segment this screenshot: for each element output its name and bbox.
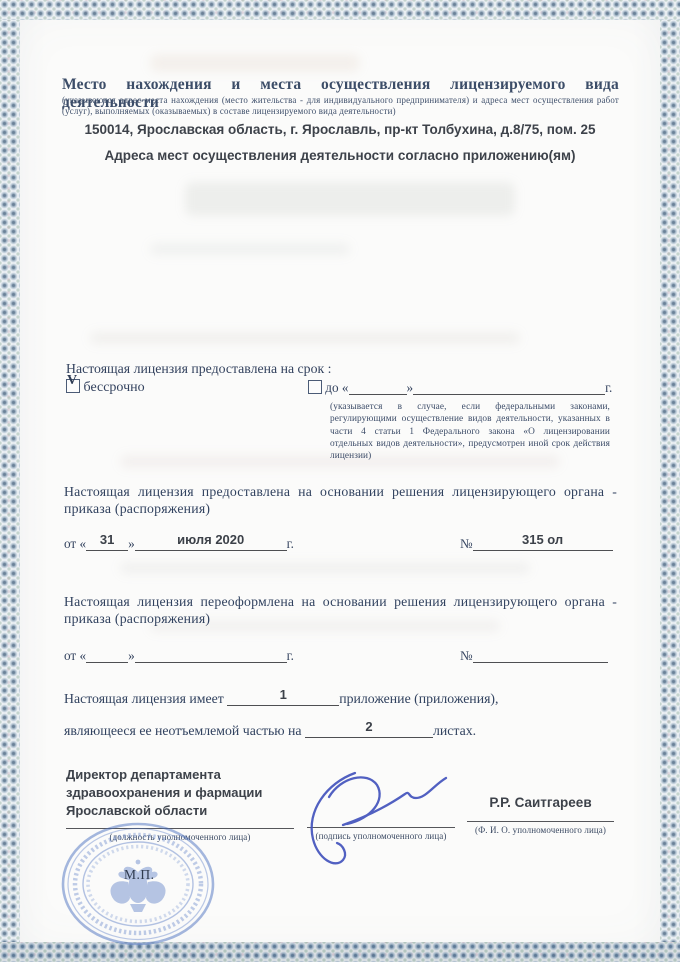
sheets-count-value: 2	[305, 719, 433, 734]
bleedthrough-smudge	[90, 332, 520, 344]
annex-count-row: Настоящая лицензия имеет 1приложение (пр…	[64, 690, 498, 707]
guilloche-border-top	[0, 0, 680, 20]
perpetual-term-option: V бессрочно	[66, 379, 145, 396]
round-stamp-icon	[58, 820, 218, 948]
bleedthrough-smudge	[185, 182, 515, 216]
signer-position-line: Ярославской области	[66, 802, 294, 820]
granted-monthyear-value: июля 2020	[135, 532, 287, 547]
until-suffix: г.	[605, 380, 612, 395]
term-section-label: Настоящая лицензия предоставлена на срок…	[66, 361, 331, 377]
signer-position-line: здравоохранения и фармации	[66, 784, 294, 802]
bleedthrough-smudge	[150, 54, 360, 72]
bleedthrough-smudge	[150, 243, 350, 255]
reissued-day-field[interactable]	[86, 647, 128, 663]
year-suffix: г.	[287, 536, 294, 551]
granted-number-value: 315 ол	[473, 532, 613, 547]
granted-monthyear-field[interactable]: июля 2020	[135, 535, 287, 551]
guilloche-border-left	[0, 20, 20, 942]
title-note: (указываются адрес места нахождения (мес…	[62, 95, 619, 117]
annex-count-field[interactable]: 1	[227, 690, 339, 706]
number-label: №	[460, 648, 473, 663]
sheets-count-field[interactable]: 2	[305, 722, 433, 738]
year-suffix: г.	[287, 648, 294, 663]
granted-date-row: от «31»июля 2020г.	[64, 535, 294, 552]
perpetual-checkbox[interactable]: V	[66, 379, 80, 393]
reissued-number-row: №	[460, 647, 608, 664]
bleedthrough-smudge	[120, 562, 530, 574]
annex-line1-suffix: приложение (приложения),	[339, 691, 498, 706]
sheets-count-row: являющееся ее неотъемлемой частью на 2ли…	[64, 722, 476, 739]
quote-close: »	[128, 536, 135, 551]
until-prefix: до «	[325, 380, 348, 395]
reissued-paragraph: Настоящая лицензия переоформлена на осно…	[64, 594, 617, 628]
annex-line2-prefix: являющееся ее неотъемлемой частью на	[64, 723, 302, 738]
from-label: от «	[64, 648, 86, 663]
until-note: (указывается в случае, если федеральными…	[330, 401, 610, 462]
until-day-field[interactable]	[349, 379, 407, 395]
activity-addresses-note: Адреса мест осуществления деятельности с…	[40, 148, 640, 163]
checkbox-check-mark: V	[67, 373, 77, 389]
granted-number-field[interactable]: 315 ол	[473, 535, 613, 551]
perpetual-label: бессрочно	[84, 380, 145, 395]
from-label: от «	[64, 536, 86, 551]
granted-day-field[interactable]: 31	[86, 535, 128, 551]
signature-ink-icon	[293, 763, 458, 871]
license-address: 150014, Ярославская область, г. Ярославл…	[40, 122, 640, 137]
annex-line1-prefix: Настоящая лицензия имеет	[64, 691, 224, 706]
guilloche-border-right	[660, 20, 680, 942]
signer-name-block: Р.Р. Саитгареев (Ф. И. О. уполномоченног…	[467, 795, 614, 835]
seal-place-label: М.П.	[124, 867, 155, 883]
until-date-option: до «»г.	[308, 379, 612, 396]
name-underline	[467, 821, 614, 822]
reissued-number-field[interactable]	[473, 647, 608, 663]
license-document-page: Место нахождения и места осуществления л…	[0, 0, 680, 962]
granted-paragraph: Настоящая лицензия предоставлена на осно…	[64, 484, 617, 518]
signer-name: Р.Р. Саитгареев	[467, 795, 614, 810]
granted-number-row: №315 ол	[460, 535, 613, 552]
annex-line2-suffix: листах.	[433, 723, 476, 738]
until-quote: »	[407, 380, 414, 395]
until-monthyear-field[interactable]	[413, 379, 605, 395]
granted-day-value: 31	[86, 532, 128, 547]
signer-position-line: Директор департамента	[66, 766, 294, 784]
annex-count-value: 1	[227, 687, 339, 702]
number-label: №	[460, 536, 473, 551]
name-caption: (Ф. И. О. уполномоченного лица)	[467, 825, 614, 835]
reissued-monthyear-field[interactable]	[135, 647, 287, 663]
quote-close: »	[128, 648, 135, 663]
until-checkbox[interactable]	[308, 380, 322, 394]
reissued-date-row: от «»г.	[64, 647, 294, 664]
